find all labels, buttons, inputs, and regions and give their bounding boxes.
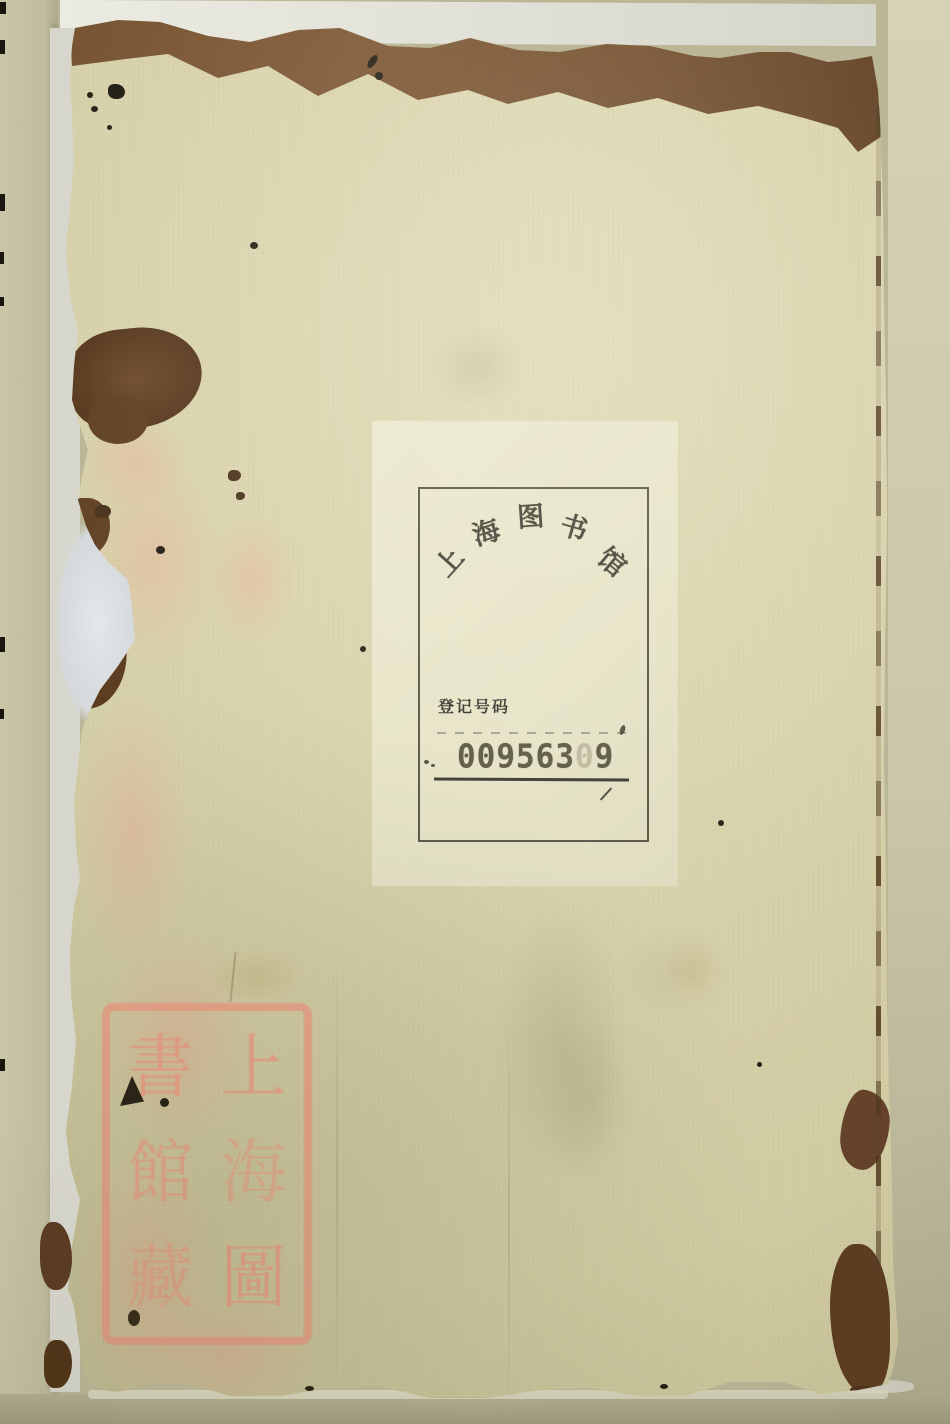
damage-speck bbox=[128, 1310, 140, 1326]
number-underline bbox=[434, 777, 629, 781]
edge-nick bbox=[0, 297, 4, 306]
seal-column-left: 書 館 藏 bbox=[114, 1019, 207, 1329]
wormhole bbox=[360, 646, 366, 652]
stain-pink bbox=[206, 514, 296, 644]
book-cover: 上 海 圖 書 館 藏 上 海 图 书 馆 登记号码 00956309 bbox=[58, 6, 900, 1398]
library-name-char: 上 bbox=[424, 537, 471, 583]
wormhole bbox=[87, 92, 93, 98]
seal-column-right: 上 海 圖 bbox=[207, 1019, 300, 1329]
stain-yellow bbox=[210, 949, 305, 1004]
worn-right-edge bbox=[876, 106, 881, 1276]
library-name-char: 书 bbox=[556, 503, 593, 548]
library-name-char: 图 bbox=[516, 494, 546, 535]
backdrop-right bbox=[888, 0, 950, 1424]
wormhole bbox=[108, 84, 125, 99]
crease-line bbox=[336, 946, 338, 1406]
edge-nick bbox=[0, 637, 5, 652]
wormhole bbox=[156, 546, 165, 554]
stain-yellow bbox=[665, 940, 720, 1000]
seal-character: 海 bbox=[221, 1122, 287, 1227]
photo-stage: 上 海 圖 書 館 藏 上 海 图 书 馆 登记号码 00956309 bbox=[0, 0, 950, 1424]
stain-pink bbox=[78, 696, 188, 966]
registration-label: 上 海 图 书 馆 登记号码 00956309 bbox=[372, 421, 678, 886]
edge-nick bbox=[0, 1059, 5, 1071]
registration-number: 00956309 bbox=[457, 738, 614, 776]
damage-patch bbox=[88, 396, 148, 444]
registration-caption: 登记号码 bbox=[438, 694, 510, 717]
wormhole bbox=[250, 242, 258, 249]
stamp-artifact bbox=[600, 787, 612, 800]
wormhole bbox=[757, 1062, 762, 1067]
edge-nick bbox=[0, 709, 4, 719]
smudge bbox=[538, 1016, 638, 1186]
damage-patch bbox=[830, 1244, 890, 1394]
seal-character: 館 bbox=[128, 1122, 194, 1227]
damage-speck bbox=[236, 492, 245, 500]
seal-character: 圖 bbox=[221, 1227, 287, 1332]
wormhole bbox=[305, 1386, 314, 1391]
library-name-char: 馆 bbox=[591, 537, 637, 584]
smudge bbox=[430, 324, 525, 409]
stamp-artifact bbox=[424, 760, 429, 764]
library-name-char: 海 bbox=[467, 508, 505, 553]
library-collection-seal: 上 海 圖 書 館 藏 bbox=[102, 1003, 312, 1345]
damage-speck bbox=[228, 470, 241, 481]
seal-character: 上 bbox=[221, 1017, 287, 1122]
wormhole bbox=[375, 72, 383, 80]
wormhole bbox=[660, 1384, 668, 1389]
damage-speck bbox=[160, 1098, 169, 1107]
dashed-line bbox=[437, 732, 633, 734]
crease-line bbox=[508, 1036, 510, 1406]
wormhole bbox=[718, 820, 724, 826]
edge-nick bbox=[0, 40, 5, 54]
edge-nick bbox=[0, 194, 5, 211]
wormhole bbox=[107, 125, 112, 130]
label-border: 上 海 图 书 馆 登记号码 00956309 bbox=[418, 487, 649, 842]
stamp-artifact bbox=[431, 764, 435, 767]
edge-nick bbox=[0, 252, 4, 264]
damage-patch bbox=[838, 1088, 893, 1172]
wormhole bbox=[91, 106, 98, 112]
edge-nick bbox=[0, 2, 6, 14]
